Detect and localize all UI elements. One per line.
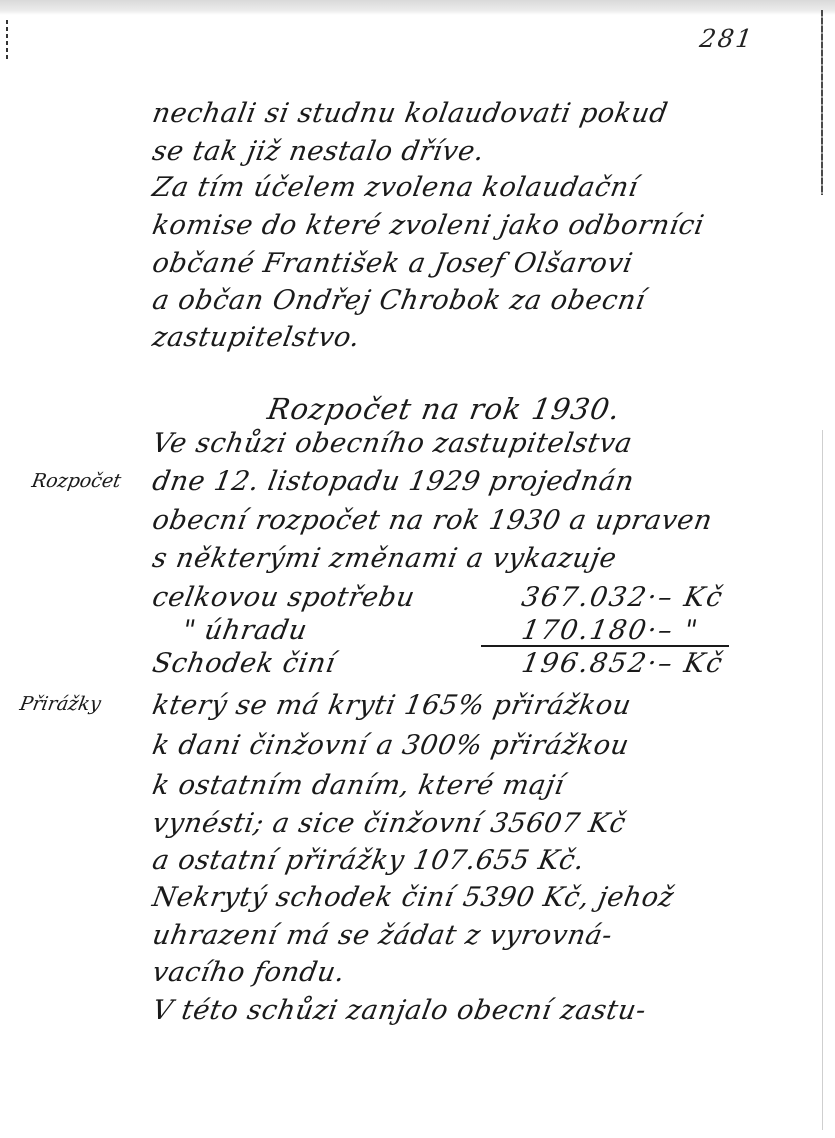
text-line: vacího fondu. [150, 957, 347, 988]
text-line: k dani činžovní a 300% přirážkou [150, 730, 632, 761]
text-line: občané František a Josef Olšarovi [150, 248, 635, 279]
margin-note-rozpocet: Rozpočet [30, 470, 123, 492]
text-line: Ve schůzi obecního zastupitelstva [150, 428, 635, 459]
text-line: vynésti; a sice činžovní 35607 Kč [150, 808, 628, 839]
scan-left-edge-mark [6, 20, 8, 60]
text-line: obecní rozpočet na rok 1930 a upraven [150, 505, 715, 536]
text-line: Za tím účelem zvolena kolaudační [150, 172, 641, 203]
budget-total-label: Schodek činí [150, 648, 338, 679]
text-line: a ostatní přirážky 107.655 Kč. [150, 845, 587, 876]
text-line: nechali si studnu kolaudovati pokud [150, 98, 670, 129]
section-heading-rozpocet: Rozpočet na rok 1930. [265, 392, 623, 426]
text-line: dne 12. listopadu 1929 projednán [150, 466, 637, 497]
scan-right-edge-line [821, 10, 823, 195]
page-number: 281 [698, 24, 756, 53]
budget-row-label: celkovou spotřebu [150, 582, 417, 613]
scan-top-band [0, 0, 835, 15]
margin-note-prirazky: Přirážky [18, 693, 103, 715]
scan-right-edge-faint-line [822, 430, 823, 1130]
text-line: k ostatním daním, které mají [150, 770, 567, 801]
budget-row-amount: 170.180·– " [519, 615, 701, 646]
text-line: a občan Ondřej Chrobok za obecní [150, 285, 648, 316]
text-line: zastupitelstvo. [150, 322, 363, 353]
sum-underline [481, 645, 729, 647]
text-line: V této schůzi zanjalo obecní zastu- [150, 995, 649, 1026]
budget-total-amount: 196.852·– Kč [519, 648, 726, 679]
budget-row-amount: 367.032·– Kč [519, 582, 726, 613]
text-line: který se má kryti 165% přirážkou [150, 690, 634, 721]
text-line: Nekrytý schodek činí 5390 Kč, jehož [150, 882, 676, 913]
text-line: uhrazení má se žádat z vyrovná- [150, 920, 615, 951]
text-line: komise do které zvoleni jako odborníci [150, 210, 707, 241]
text-line: se tak již nestalo dříve. [150, 136, 487, 167]
budget-row-label: " úhradu [180, 615, 310, 646]
text-line: s některými změnami a vykazuje [150, 543, 619, 574]
